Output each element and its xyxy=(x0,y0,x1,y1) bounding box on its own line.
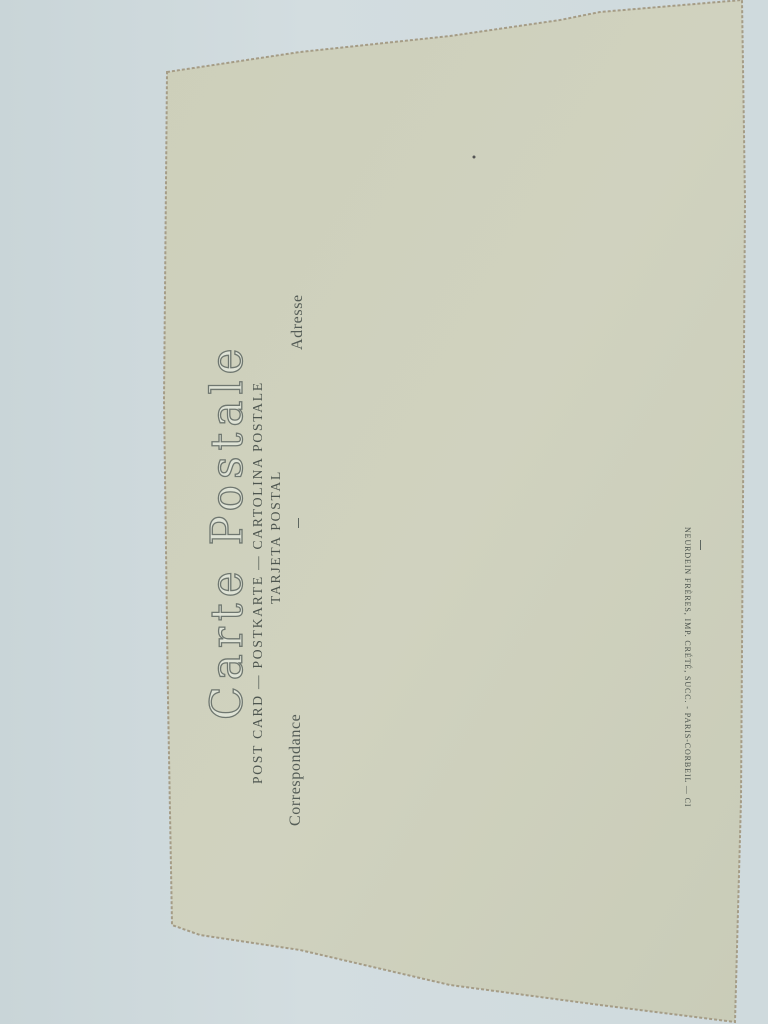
correspondance-label: Correspondance xyxy=(287,714,305,826)
postcard-subtitle-line1: POST CARD — POSTKARTE — CARTOLINA POSTAL… xyxy=(250,381,266,784)
adresse-label: Adresse xyxy=(289,294,307,350)
postcard-subtitle-line2: TARJETA POSTAL xyxy=(268,470,284,604)
postcard-title: Carte Postale xyxy=(202,342,253,720)
postcard xyxy=(0,0,768,1024)
divider-tick-top xyxy=(298,518,299,528)
divider-tick-bottom xyxy=(700,540,701,550)
speck xyxy=(473,156,476,159)
printer-line: NEURDEIN FRÈRES, IMP. CRÉTÉ, SUCC. - PAR… xyxy=(683,527,692,808)
